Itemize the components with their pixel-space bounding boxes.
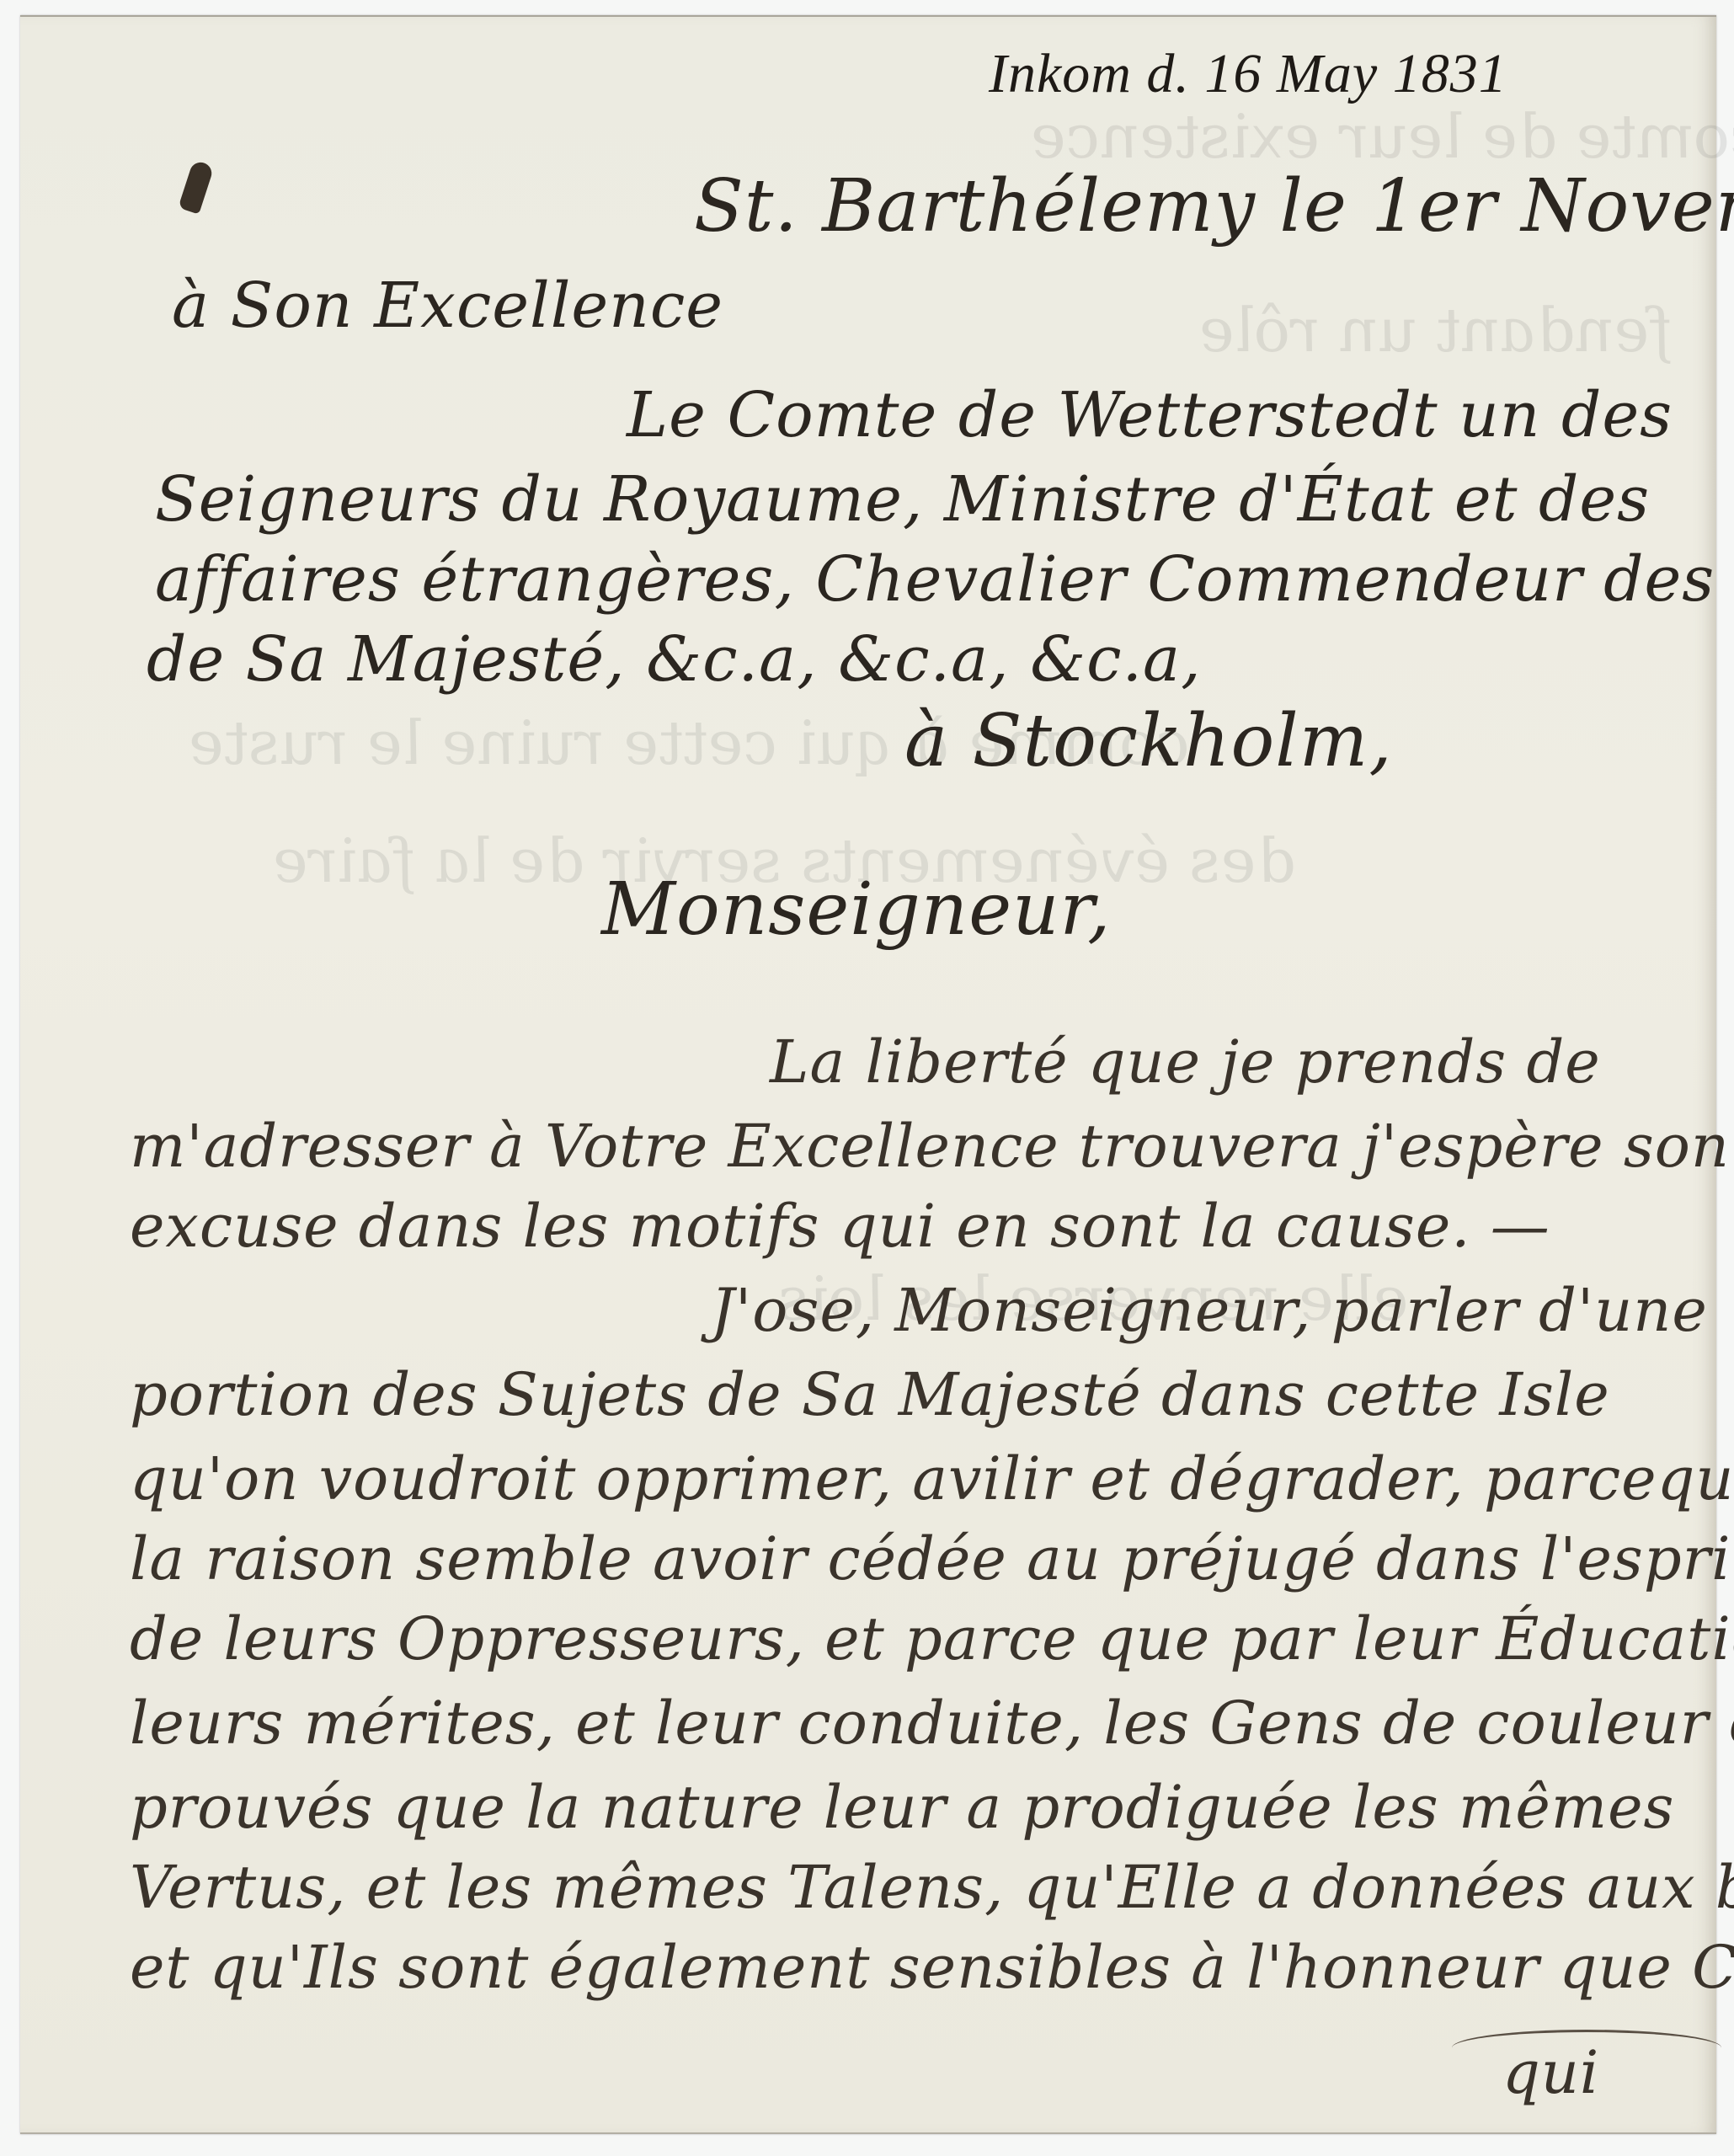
address-line-3: Seigneurs du Royaume, Ministre d'État et… <box>155 463 1650 536</box>
bleed-through-text: vous comte de leur existence <box>1025 101 1734 172</box>
ink-blot <box>178 159 214 214</box>
address-line-1: à Son Excellence <box>172 269 723 342</box>
body-line-6: qu'on voudroit opprimer, avilir et dégra… <box>130 1444 1734 1513</box>
letter-page: vous comte de leur existence fendant un … <box>20 15 1716 2134</box>
address-line-5: de Sa Majesté, &c.a, &c.a, &c.a, <box>147 623 1202 696</box>
receipt-note: Inkom d. 16 May 1831 <box>989 42 1507 106</box>
body-line-5: portion des Sujets de Sa Majesté dans ce… <box>130 1360 1610 1429</box>
body-line-1: La liberté que je prends de <box>770 1027 1601 1097</box>
address-line-2: Le Comte de Wetterstedt un des <box>627 379 1673 451</box>
body-line-8: de leurs Oppresseurs, et parce que par l… <box>130 1604 1734 1673</box>
body-line-10: prouvés que la nature leur a prodiguée l… <box>130 1773 1674 1842</box>
bleed-through-text: fendant un rôle <box>1193 295 1679 366</box>
body-line-7: la raison semble avoir cédée au préjugé … <box>130 1524 1734 1593</box>
address-line-6: à Stockholm, <box>904 699 1393 783</box>
body-line-2: m'adresser à Votre Excellence trouvera j… <box>130 1112 1730 1181</box>
place-date-line: St. Barthélemy le 1er Novembre 1830, <box>694 164 1734 248</box>
body-line-4: J'ose, Monseigneur, parler d'une <box>711 1276 1708 1345</box>
salutation: Monseigneur, <box>601 867 1111 952</box>
body-line-3: excuse dans les motifs qui en sont la ca… <box>130 1192 1550 1261</box>
catchword: qui <box>1502 2038 1599 2107</box>
body-line-9: leurs mérites, et leur conduite, les Gen… <box>130 1689 1734 1758</box>
body-line-12: et qu'Ils sont également sensibles à l'h… <box>130 1933 1734 2002</box>
address-line-4: affaires étrangères, Chevalier Commendeu… <box>155 543 1734 616</box>
body-line-11: Vertus, et les mêmes Talens, qu'Elle a d… <box>130 1853 1734 1922</box>
